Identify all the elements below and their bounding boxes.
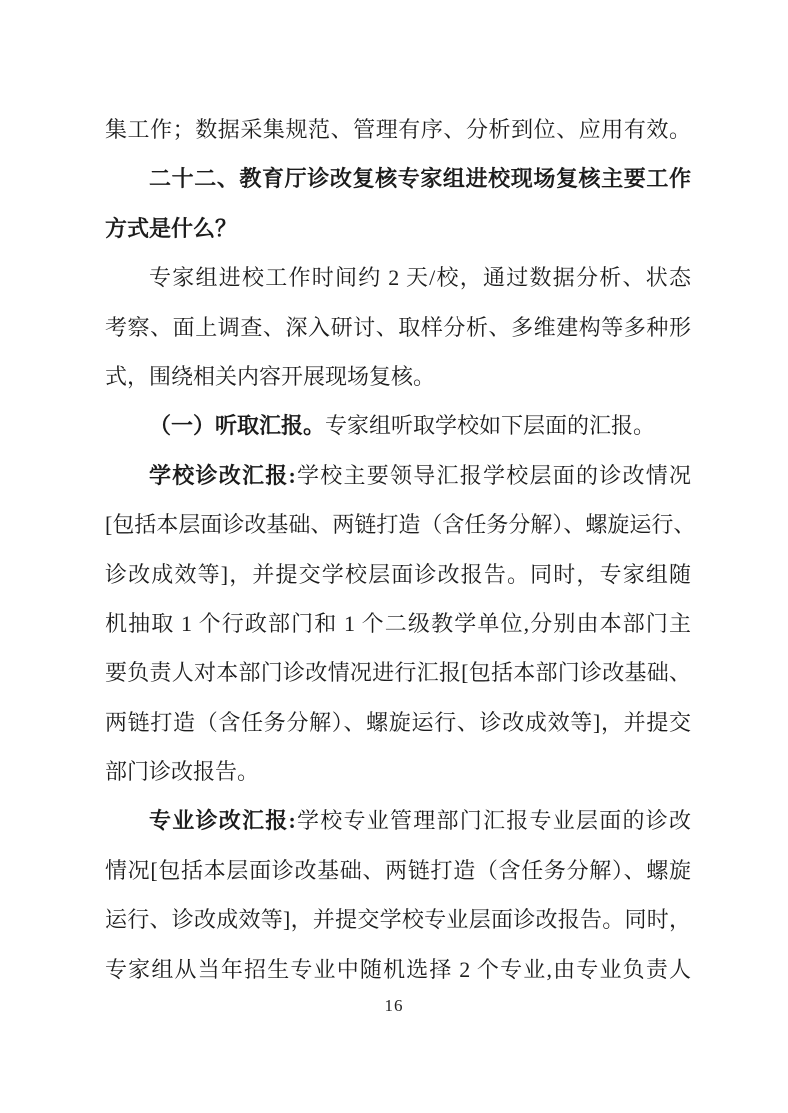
text-segment-bold: 专业诊改汇报: xyxy=(149,808,296,833)
text-line: 情况[包括本层面诊改基础、两链打造（含任务分解）、螺旋 xyxy=(105,846,691,895)
text-line: 学校诊改汇报:学校主要领导汇报学校层面的诊改情况 xyxy=(105,451,691,500)
text-segment: 诊改成效等]，并提交学校层面诊改报告。同时，专家组随 xyxy=(105,562,691,587)
text-line: 专家组从当年招生专业中随机选择 2 个专业,由专业负责人 xyxy=(105,945,691,994)
text-segment: 集工作；数据采集规范、管理有序、分析到位、应用有效。 xyxy=(105,117,691,142)
text-line: 考察、面上调查、深入研讨、取样分析、多维建构等多种形 xyxy=(105,303,691,352)
text-segment: 考察、面上调查、深入研讨、取样分析、多维建构等多种形 xyxy=(105,315,691,340)
text-line: 专业诊改汇报:学校专业管理部门汇报专业层面的诊改 xyxy=(105,796,691,845)
text-line: 方式是什么？ xyxy=(105,204,691,253)
text-line: 式，围绕相关内容开展现场复核。 xyxy=(105,352,691,401)
text-segment: 学校专业管理部门汇报专业层面的诊改 xyxy=(296,808,691,833)
text-segment: 机抽取 1 个行政部门和 1 个二级教学单位,分别由本部门主 xyxy=(105,611,691,636)
text-line: （一）听取汇报。专家组听取学校如下层面的汇报。 xyxy=(105,401,691,450)
page-number: 16 xyxy=(0,996,788,1016)
text-segment: 学校主要领导汇报学校层面的诊改情况 xyxy=(296,463,691,488)
text-segment: 部门诊改报告。 xyxy=(105,759,259,784)
text-segment-bold: 二十二、教育厅诊改复核专家组进校现场复核主要工作 xyxy=(149,166,691,191)
text-line: 专家组进校工作时间约 2 天/校，通过数据分析、状态 xyxy=(105,253,691,302)
text-line: 部门诊改报告。 xyxy=(105,747,691,796)
text-segment-bold: 方式是什么？ xyxy=(105,216,237,241)
text-line: 集工作；数据采集规范、管理有序、分析到位、应用有效。 xyxy=(105,105,691,154)
text-segment: 两链打造（含任务分解）、螺旋运行、诊改成效等]，并提交 xyxy=(105,710,691,735)
text-segment: 运行、诊改成效等]，并提交学校专业层面诊改报告。同时， xyxy=(105,907,691,932)
text-line: 要负责人对本部门诊改情况进行汇报[包括本部门诊改基础、 xyxy=(105,648,691,697)
text-line: 机抽取 1 个行政部门和 1 个二级教学单位,分别由本部门主 xyxy=(105,599,691,648)
text-line: 诊改成效等]，并提交学校层面诊改报告。同时，专家组随 xyxy=(105,550,691,599)
text-segment: 情况[包括本层面诊改基础、两链打造（含任务分解）、螺旋 xyxy=(105,858,691,883)
text-line: 运行、诊改成效等]，并提交学校专业层面诊改报告。同时， xyxy=(105,895,691,944)
text-line: 二十二、教育厅诊改复核专家组进校现场复核主要工作 xyxy=(105,154,691,203)
document-page: 集工作；数据采集规范、管理有序、分析到位、应用有效。二十二、教育厅诊改复核专家组… xyxy=(0,0,788,1113)
text-line: [包括本层面诊改基础、两链打造（含任务分解）、螺旋运行、 xyxy=(105,500,691,549)
text-segment-bold: 学校诊改汇报: xyxy=(149,463,296,488)
text-segment: 要负责人对本部门诊改情况进行汇报[包括本部门诊改基础、 xyxy=(105,660,691,685)
text-segment: 式，围绕相关内容开展现场复核。 xyxy=(105,364,435,389)
text-line: 两链打造（含任务分解）、螺旋运行、诊改成效等]，并提交 xyxy=(105,698,691,747)
text-segment-bold: （一）听取汇报。 xyxy=(149,413,325,438)
text-block: 集工作；数据采集规范、管理有序、分析到位、应用有效。二十二、教育厅诊改复核专家组… xyxy=(105,105,691,994)
text-segment: 专家组从当年招生专业中随机选择 2 个专业,由专业负责人 xyxy=(105,957,691,982)
text-segment: 专家组进校工作时间约 2 天/校，通过数据分析、状态 xyxy=(149,265,691,290)
text-segment: 专家组听取学校如下层面的汇报。 xyxy=(325,413,655,438)
text-segment: [包括本层面诊改基础、两链打造（含任务分解）、螺旋运行、 xyxy=(105,512,695,537)
